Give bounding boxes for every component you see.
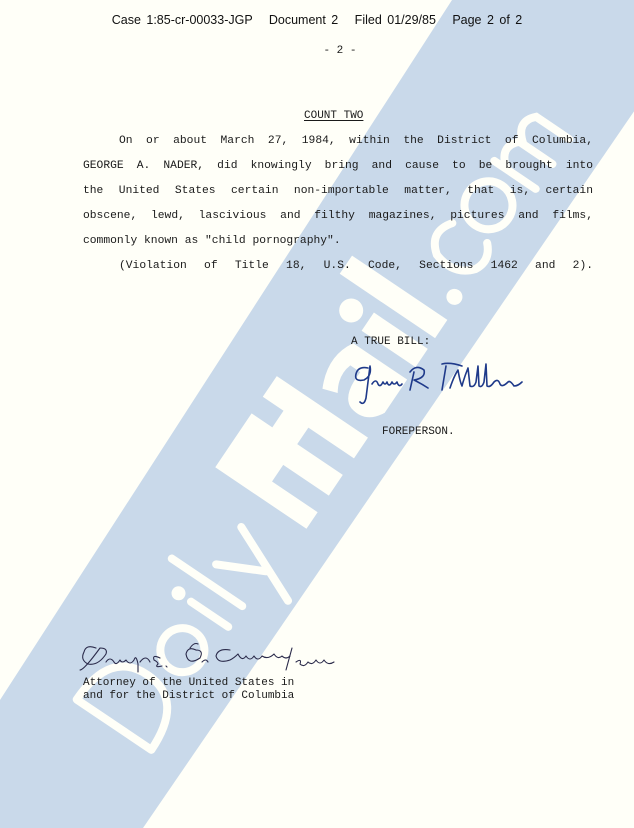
body-line: obscene, lewd, lascivious and filthy mag… xyxy=(83,210,593,222)
body-line: the United States certain non-importable… xyxy=(83,185,593,197)
foreperson-signature xyxy=(350,358,525,408)
body-line: commonly known as "child pornography". xyxy=(83,235,593,247)
document-page: Case 1:85-cr-00033-JGP Document 2 Filed … xyxy=(0,0,634,828)
case-header: Case 1:85-cr-00033-JGP Document 2 Filed … xyxy=(0,13,634,27)
attorney-title-line: and for the District of Columbia xyxy=(83,690,294,702)
attorney-title-line: Attorney of the United States in xyxy=(83,677,294,689)
true-bill-label: A TRUE BILL: xyxy=(351,336,430,348)
violation-citation: (Violation of Title 18, U.S. Code, Secti… xyxy=(119,260,593,272)
page-number: - 2 - xyxy=(0,45,634,57)
count-title: COUNT TWO xyxy=(304,110,363,122)
body-line: GEORGE A. NADER, did knowingly bring and… xyxy=(83,160,593,172)
body-line: On or about March 27, 1984, within the D… xyxy=(119,135,593,147)
foreperson-label: FOREPERSON. xyxy=(382,426,455,438)
